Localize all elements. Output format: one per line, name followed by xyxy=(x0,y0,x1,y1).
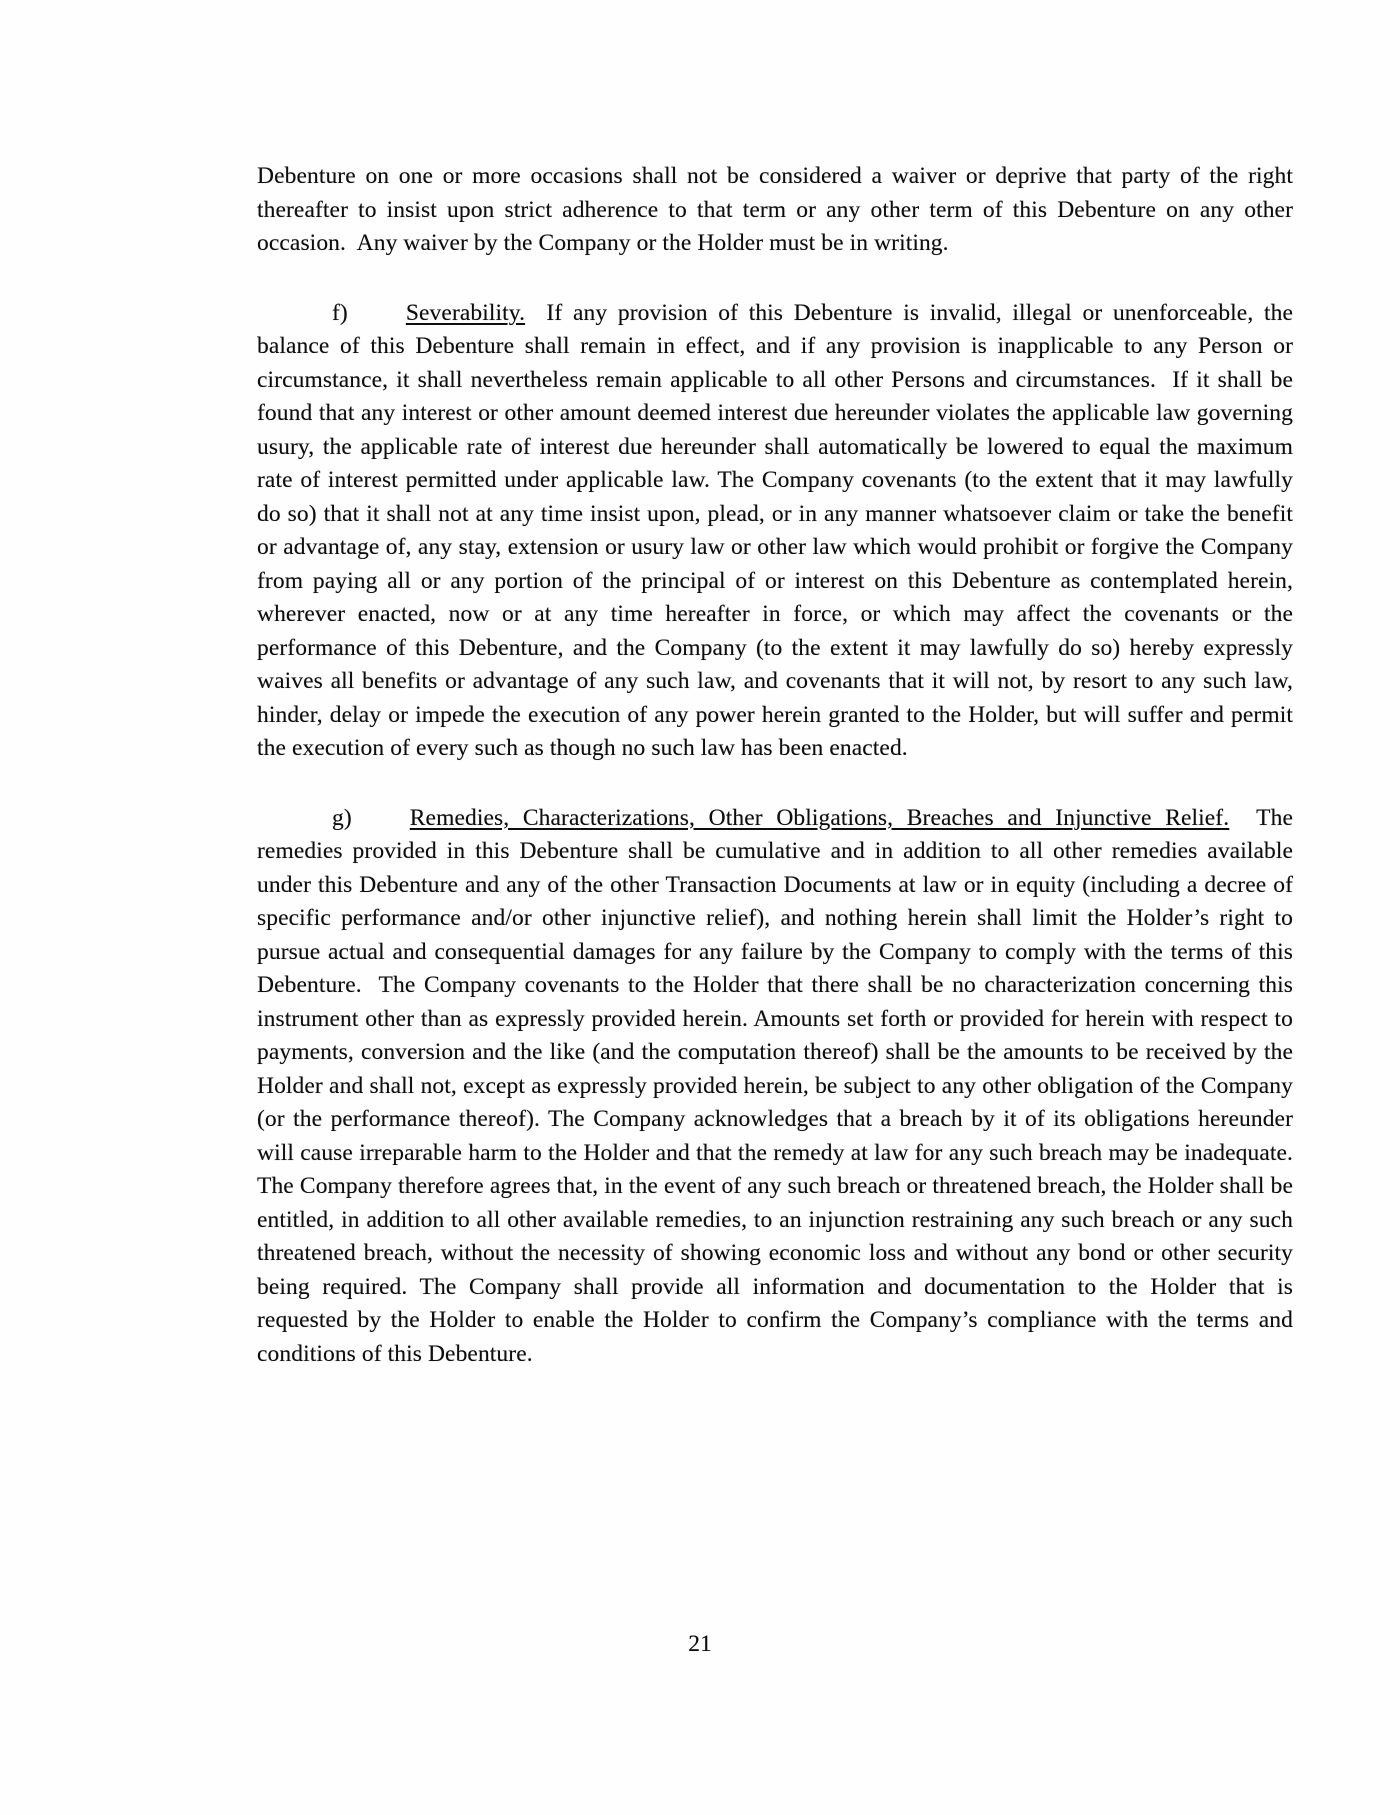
page-number: 21 xyxy=(0,1628,1400,1662)
clause-f-paragraph: f)Severability. If any provision of this… xyxy=(257,297,1293,766)
clause-f-body: If any provision of this Debenture is in… xyxy=(257,300,1293,762)
clause-f-heading: Severability. xyxy=(406,300,525,326)
clause-g-body: The remedies provided in this Debenture … xyxy=(257,805,1293,1367)
page-content: Debenture on one or more occasions shall… xyxy=(257,160,1293,1407)
document-page: Debenture on one or more occasions shall… xyxy=(0,0,1400,1815)
clause-g-heading: Remedies, Characterizations, Other Oblig… xyxy=(410,805,1229,831)
clause-g-paragraph: g)Remedies, Characterizations, Other Obl… xyxy=(257,802,1293,1372)
paragraph-continuation-text: Debenture on one or more occasions shall… xyxy=(257,163,1293,256)
paragraph-continuation: Debenture on one or more occasions shall… xyxy=(257,160,1293,261)
clause-f-label: f) xyxy=(332,300,348,326)
clause-g-label: g) xyxy=(332,805,352,831)
